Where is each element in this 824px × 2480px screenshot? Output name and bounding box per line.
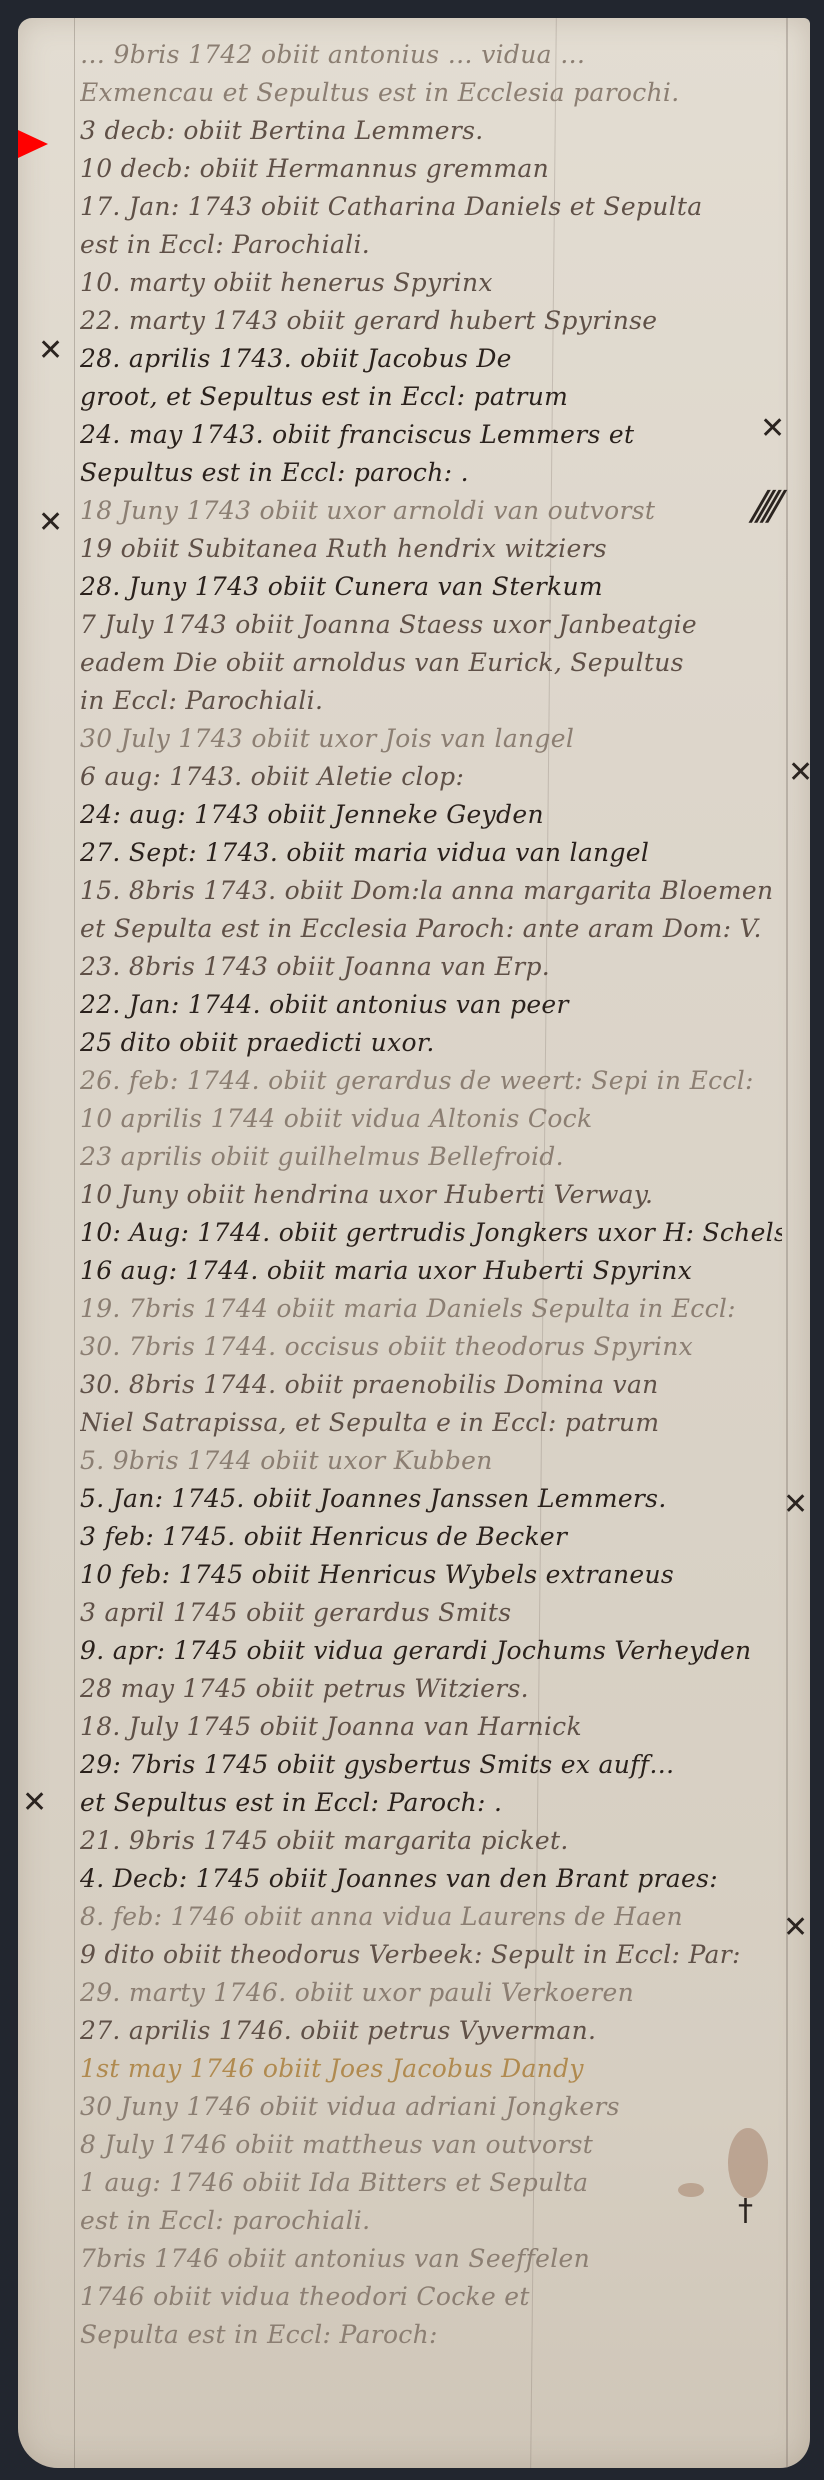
register-entry: 8 July 1746 obiit mattheus van outvorst	[80, 2126, 782, 2164]
cross-mark-icon: ✕	[783, 1490, 808, 1520]
register-entry: 9 dito obiit theodorus Verbeek: Sepult i…	[80, 1936, 782, 1974]
cross-mark-icon: †	[738, 2196, 753, 2226]
register-entry: 3 decb: obiit Bertina Lemmers.	[80, 112, 782, 150]
register-entry: 30 Juny 1746 obiit vidua adriani Jongker…	[80, 2088, 782, 2126]
register-entry: 1st may 1746 obiit Joes Jacobus Dandy	[80, 2050, 782, 2088]
register-entry: in Eccl: Parochiali.	[80, 682, 782, 720]
register-entry: groot, et Sepultus est in Eccl: patrum	[80, 378, 782, 416]
cross-mark-icon: ✕	[760, 414, 785, 444]
register-entry: 27. aprilis 1746. obiit petrus Vyverman.	[80, 2012, 782, 2050]
cross-mark-icon: ✕	[788, 758, 813, 788]
burial-entries: … 9bris 1742 obiit antonius … vidua …Exm…	[80, 36, 782, 2354]
register-entry: 1746 obiit vidua theodori Cocke et	[80, 2278, 782, 2316]
register-entry: 23 aprilis obiit guilhelmus Bellefroid.	[80, 1138, 782, 1176]
margin-rule	[74, 18, 75, 2468]
register-entry: 25 dito obiit praedicti uxor.	[80, 1024, 782, 1062]
register-entry: 10 decb: obiit Hermannus gremman	[80, 150, 782, 188]
register-entry: 24: aug: 1743 obiit Jenneke Geyden	[80, 796, 782, 834]
register-entry: 15. 8bris 1743. obiit Dom:la anna margar…	[80, 872, 782, 910]
register-entry: 29: 7bris 1745 obiit gysbertus Smits ex …	[80, 1746, 782, 1784]
register-entry: 23. 8bris 1743 obiit Joanna van Erp.	[80, 948, 782, 986]
register-entry: et Sepultus est in Eccl: Paroch: .	[80, 1784, 782, 1822]
register-entry: 16 aug: 1744. obiit maria uxor Huberti S…	[80, 1252, 782, 1290]
register-entry: … 9bris 1742 obiit antonius … vidua …	[80, 36, 782, 74]
page-edge	[786, 18, 788, 2468]
register-entry: 8. feb: 1746 obiit anna vidua Laurens de…	[80, 1898, 782, 1936]
register-entry: 30. 8bris 1744. obiit praenobilis Domina…	[80, 1366, 782, 1404]
register-entry: 27. Sept: 1743. obiit maria vidua van la…	[80, 834, 782, 872]
register-entry: 29. marty 1746. obiit uxor pauli Verkoer…	[80, 1974, 782, 2012]
register-entry: 10: Aug: 1744. obiit gertrudis Jongkers …	[80, 1214, 782, 1252]
register-entry: Exmencau et Sepultus est in Ecclesia par…	[80, 74, 782, 112]
register-entry: 17. Jan: 1743 obiit Catharina Daniels et…	[80, 188, 782, 226]
register-entry: 1 aug: 1746 obiit Ida Bitters et Sepulta	[80, 2164, 782, 2202]
register-entry: 22. Jan: 1744. obiit antonius van peer	[80, 986, 782, 1024]
cross-mark-icon: ✕	[783, 1913, 808, 1943]
register-entry: 3 feb: 1745. obiit Henricus de Becker	[80, 1518, 782, 1556]
register-entry: et Sepulta est in Ecclesia Paroch: ante …	[80, 910, 782, 948]
register-entry: Sepultus est in Eccl: paroch: .	[80, 454, 782, 492]
register-entry: 28. Juny 1743 obiit Cunera van Sterkum	[80, 568, 782, 606]
register-entry: 18 Juny 1743 obiit uxor arnoldi van outv…	[80, 492, 782, 530]
register-entry: 10 feb: 1745 obiit Henricus Wybels extra…	[80, 1556, 782, 1594]
register-entry: 10. marty obiit henerus Spyrinx	[80, 264, 782, 302]
register-entry: 6 aug: 1743. obiit Aletie clop:	[80, 758, 782, 796]
row-pointer-marker-icon	[18, 130, 48, 158]
register-entry: 30. 7bris 1744. occisus obiit theodorus …	[80, 1328, 782, 1366]
cross-mark-icon: ✕	[38, 336, 63, 366]
register-entry: 28 may 1745 obiit petrus Witziers.	[80, 1670, 782, 1708]
register-entry: eadem Die obiit arnoldus van Eurick, Sep…	[80, 644, 782, 682]
register-entry: 24. may 1743. obiit franciscus Lemmers e…	[80, 416, 782, 454]
register-entry: 3 april 1745 obiit gerardus Smits	[80, 1594, 782, 1632]
register-entry: 21. 9bris 1745 obiit margarita picket.	[80, 1822, 782, 1860]
register-entry: 18. July 1745 obiit Joanna van Harnick	[80, 1708, 782, 1746]
register-entry: est in Eccl: Parochiali.	[80, 226, 782, 264]
register-entry: est in Eccl: parochiali.	[80, 2202, 782, 2240]
register-entry: 26. feb: 1744. obiit gerardus de weert: …	[80, 1062, 782, 1100]
cross-mark-icon: ✕	[22, 1788, 47, 1818]
register-page: … 9bris 1742 obiit antonius … vidua …Exm…	[18, 18, 810, 2468]
register-entry: 10 aprilis 1744 obiit vidua Altonis Cock	[80, 1100, 782, 1138]
register-entry: 30 July 1743 obiit uxor Jois van langel	[80, 720, 782, 758]
cross-mark-icon: ✕	[38, 508, 63, 538]
register-entry: 19 obiit Subitanea Ruth hendrix witziers	[80, 530, 782, 568]
register-entry: 4. Decb: 1745 obiit Joannes van den Bran…	[80, 1860, 782, 1898]
register-entry: 19. 7bris 1744 obiit maria Daniels Sepul…	[80, 1290, 782, 1328]
register-entry: 22. marty 1743 obiit gerard hubert Spyri…	[80, 302, 782, 340]
register-entry: 10 Juny obiit hendrina uxor Huberti Verw…	[80, 1176, 782, 1214]
register-entry: Sepulta est in Eccl: Paroch:	[80, 2316, 782, 2354]
register-entry: Niel Satrapissa, et Sepulta e in Eccl: p…	[80, 1404, 782, 1442]
register-entry: 7 July 1743 obiit Joanna Staess uxor Jan…	[80, 606, 782, 644]
register-entry: 5. 9bris 1744 obiit uxor Kubben	[80, 1442, 782, 1480]
register-entry: 5. Jan: 1745. obiit Joannes Janssen Lemm…	[80, 1480, 782, 1518]
register-entry: 7bris 1746 obiit antonius van Seeffelen	[80, 2240, 782, 2278]
register-entry: 9. apr: 1745 obiit vidua gerardi Jochums…	[80, 1632, 782, 1670]
register-entry: 28. aprilis 1743. obiit Jacobus De	[80, 340, 782, 378]
